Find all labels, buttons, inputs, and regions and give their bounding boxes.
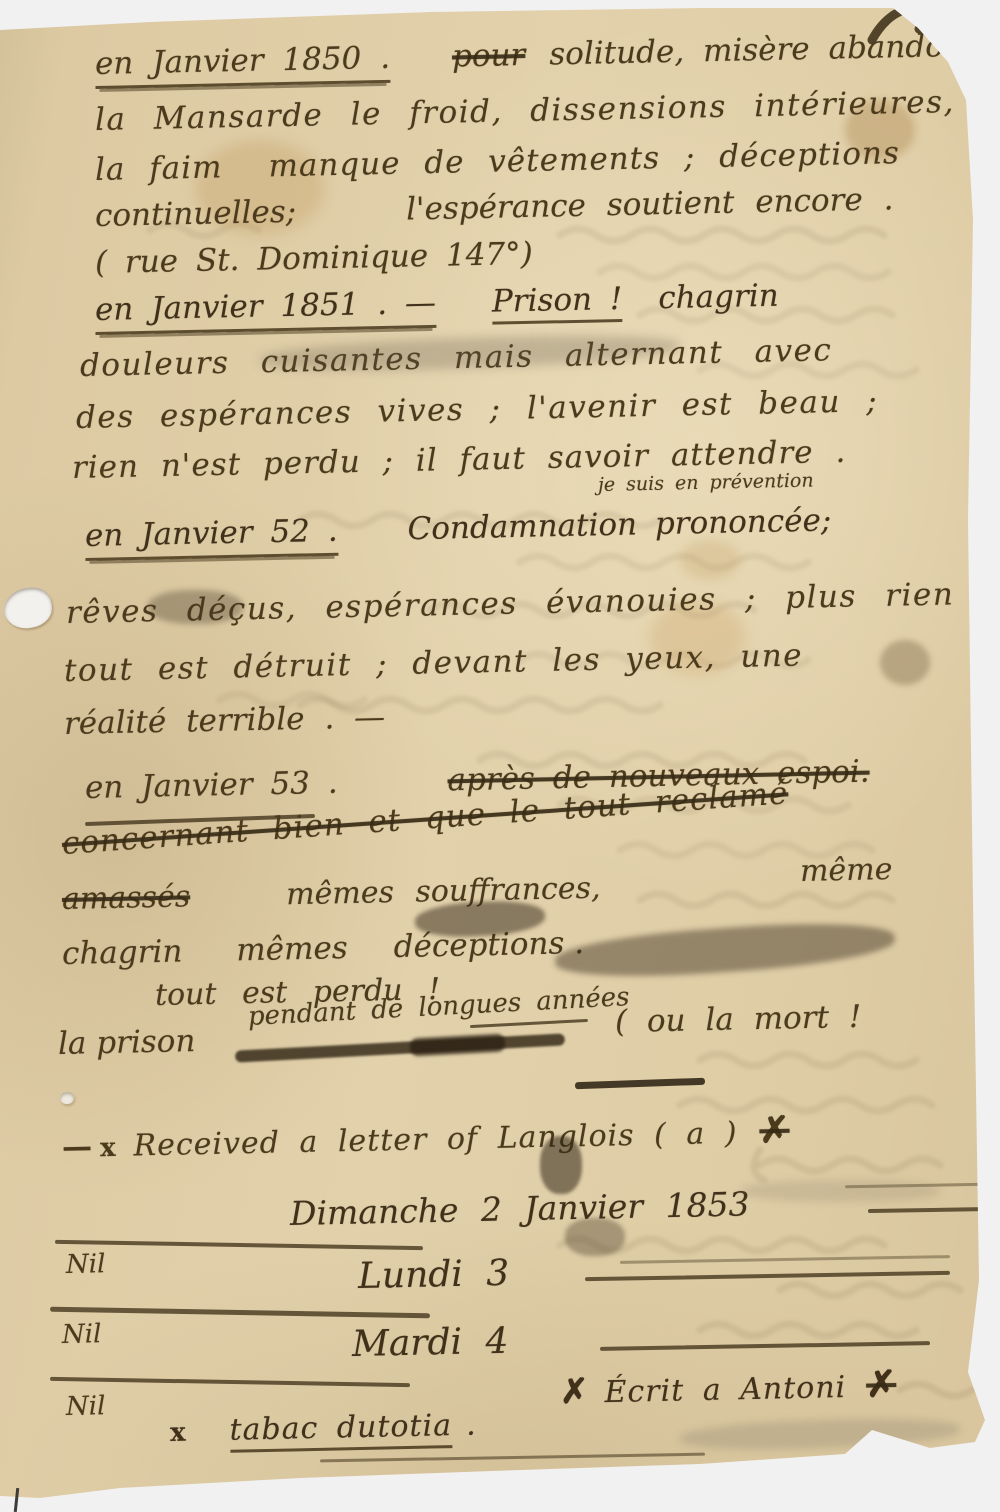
line-realite: réalité terrible . —	[64, 699, 386, 742]
pencil-smear	[740, 1180, 940, 1202]
day-text: Lundi 3	[358, 1253, 510, 1297]
underlined-text: tabac dutotia	[229, 1408, 452, 1453]
line-text: .	[466, 1408, 476, 1443]
struck-word-pour: pour	[452, 37, 526, 75]
crossed-x-mark: ✗	[866, 1363, 897, 1406]
x-mark: x	[100, 1133, 116, 1163]
date-jan-1850: en Janvier 1850 .	[95, 40, 391, 89]
dash-mark: —	[62, 1129, 91, 1165]
line-lundi: Lundi 3	[358, 1253, 510, 1297]
nil-text: Nil	[66, 1249, 106, 1280]
line-text: la faim	[95, 149, 223, 188]
nil-text: Nil	[66, 1391, 106, 1422]
x-mark: x	[170, 1418, 186, 1448]
line-text: ( ou la mort !	[615, 999, 862, 1040]
line-ou-la-mort: ( ou la mort !	[615, 999, 862, 1040]
crossed-x-mark: ✗	[759, 1109, 790, 1152]
line-text: même	[800, 852, 893, 889]
word-prison: Prison !	[491, 281, 622, 325]
line-nil-1: Nil	[66, 1249, 106, 1280]
line-meme-right: même	[800, 852, 893, 889]
line-text: mêmes	[236, 930, 348, 968]
paper-stain	[680, 540, 740, 580]
interlinear-note: je suis en prévention	[598, 469, 814, 496]
line-ecrit-antoni: ✗Écrit a Antoni✗	[560, 1363, 897, 1412]
ink-spot	[880, 640, 930, 685]
nil-text: Nil	[62, 1319, 102, 1350]
date-jan-53: en Janvier 53 .	[85, 765, 338, 806]
struck-text: amassés	[62, 879, 191, 917]
line-nil-3: Nil	[66, 1391, 106, 1422]
day-text: Mardi 4	[352, 1321, 509, 1365]
line-mardi: Mardi 4	[352, 1321, 509, 1365]
ink-blot	[540, 1136, 582, 1194]
manuscript-page: en Janvier 1850 .poursolitude, misère ab…	[0, 0, 1000, 1512]
line-text: réalité terrible . —	[64, 699, 386, 742]
line-tabac: xtabac dutotia.	[170, 1408, 476, 1449]
ink-smudge	[148, 590, 243, 624]
line-note-prevention: je suis en prévention	[598, 469, 814, 496]
date-jan-52: en Janvier 52 .	[85, 513, 338, 561]
line-text: Écrit a Antoni	[604, 1370, 846, 1410]
line-text: la prison	[58, 1023, 196, 1062]
line-prison-mort: la prison	[58, 1023, 196, 1062]
x-mark: ✗	[560, 1371, 589, 1412]
ink-smudge	[565, 1218, 625, 1256]
line-text: chagrin	[62, 933, 183, 972]
line-text: chagrin	[658, 278, 779, 317]
line-nil-2: Nil	[62, 1319, 102, 1350]
line-text: continuelles;	[95, 194, 297, 234]
date-jan-1851: en Janvier 1851 . —	[95, 285, 437, 335]
paper-hole	[60, 1092, 74, 1104]
